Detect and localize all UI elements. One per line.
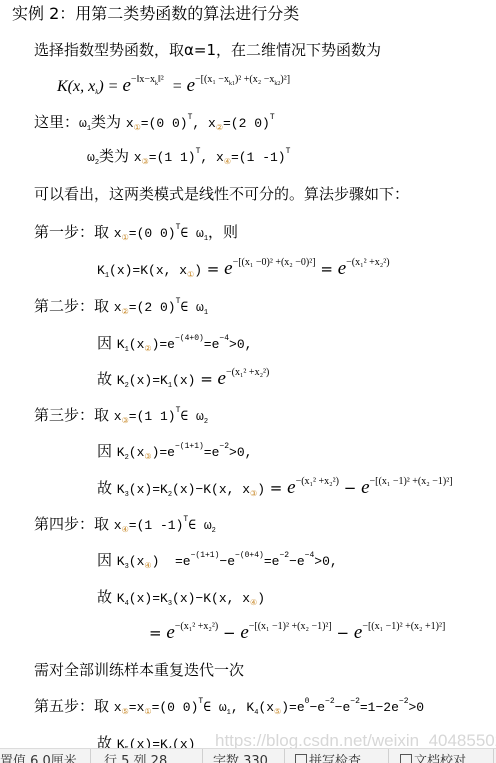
observation-text: 可以看出，这两类模式是线性不可分的。算法步骤如下： [34,184,409,204]
potential-function-formula: K(x, xk) = e−‖x−xk‖² = e−[(x₁ −xk1)² +(x… [57,76,290,97]
class2-definition: ω2类为 x③=(1 1)T, x④=(1 -1)T [87,146,290,173]
step-4: 第四步：取 x④=(1 -1)T∈ ω2 [34,514,216,541]
status-separator [493,749,494,763]
step-5-label: 第五步： [34,697,94,715]
status-row-col[interactable]: 行 5 列 28 [104,750,167,763]
step-3-because: 因 K2(x③)=e−(1+1)=e−2>0, [97,441,252,468]
step-3-label: 第三步： [34,406,94,424]
status-position[interactable]: 置值 6.0厘米 [0,750,77,763]
step-1: 第一步：取 x①=(0 0)T∈ ω1，则 [34,222,238,249]
step-4-therefore: 故 K4(x)=K3(x)−K(x, x④) [97,587,265,614]
step-3: 第三步：取 x③=(1 1)T∈ ω2 [34,405,208,432]
step-2: 第二步：取 x②=(2 0)T∈ ω1 [34,296,208,323]
status-separator [202,749,203,763]
spell-check-button[interactable]: 拼写检查 [295,750,361,763]
class1-definition: 这里：ω1类为 x①=(0 0)T, x②=(2 0)T [34,112,275,139]
step-2-label: 第二步： [34,297,94,315]
status-word-count[interactable]: 字数 330 [213,750,268,763]
status-separator [90,749,91,763]
spell-check-label: 拼写检查 [309,754,361,763]
step-5: 第五步：取 x⑤=x①=(0 0)T∈ ω1, K4(x⑤)=e0−e−2−e−… [34,696,424,723]
status-separator [388,749,389,763]
step-1-formula: K1(x)=K(x, x①) = e−[(x₁ −0)² +(x₂ −0)²] … [97,259,390,286]
status-bar: 置值 6.0厘米 行 5 列 28 字数 330 拼写检查 文档校对 [0,748,496,763]
doc-proof-label: 文档校对 [414,754,466,763]
step-1-label: 第一步： [34,223,94,241]
step-2-therefore: 故 K2(x)=K1(x) = e−(x₁² +x₂²) [97,369,269,391]
doc-proof-button[interactable]: 文档校对 [400,750,466,763]
step-3-therefore: 故 K3(x)=K2(x)−K(x, x③) = e−(x₁² +x₂²) − … [97,478,453,505]
step-4-label: 第四步： [34,515,94,533]
status-separator [284,749,285,763]
step-4-because: 因 K3(x④) =e−(1+1)−e−(0+4)=e−2−e−4>0, [97,550,338,577]
document-title: 实例 2：用第二类势函数的算法进行分类 [12,4,299,24]
doc-proof-icon [400,754,412,763]
here-label: 这里： [34,113,79,131]
step-2-because: 因 K1(x②)=e−(4+0)=e−4>0, [97,333,252,360]
step-4-expansion: = e−(x₁² +x₂²) − e−[(x₁ −1)² +(x₂ −1)²] … [149,623,445,643]
intro-text: 选择指数型势函数，取α=1，在二维情况下势函数为 [34,40,381,60]
spell-check-icon [295,754,307,763]
repeat-note: 需对全部训练样本重复迭代一次 [34,660,244,680]
